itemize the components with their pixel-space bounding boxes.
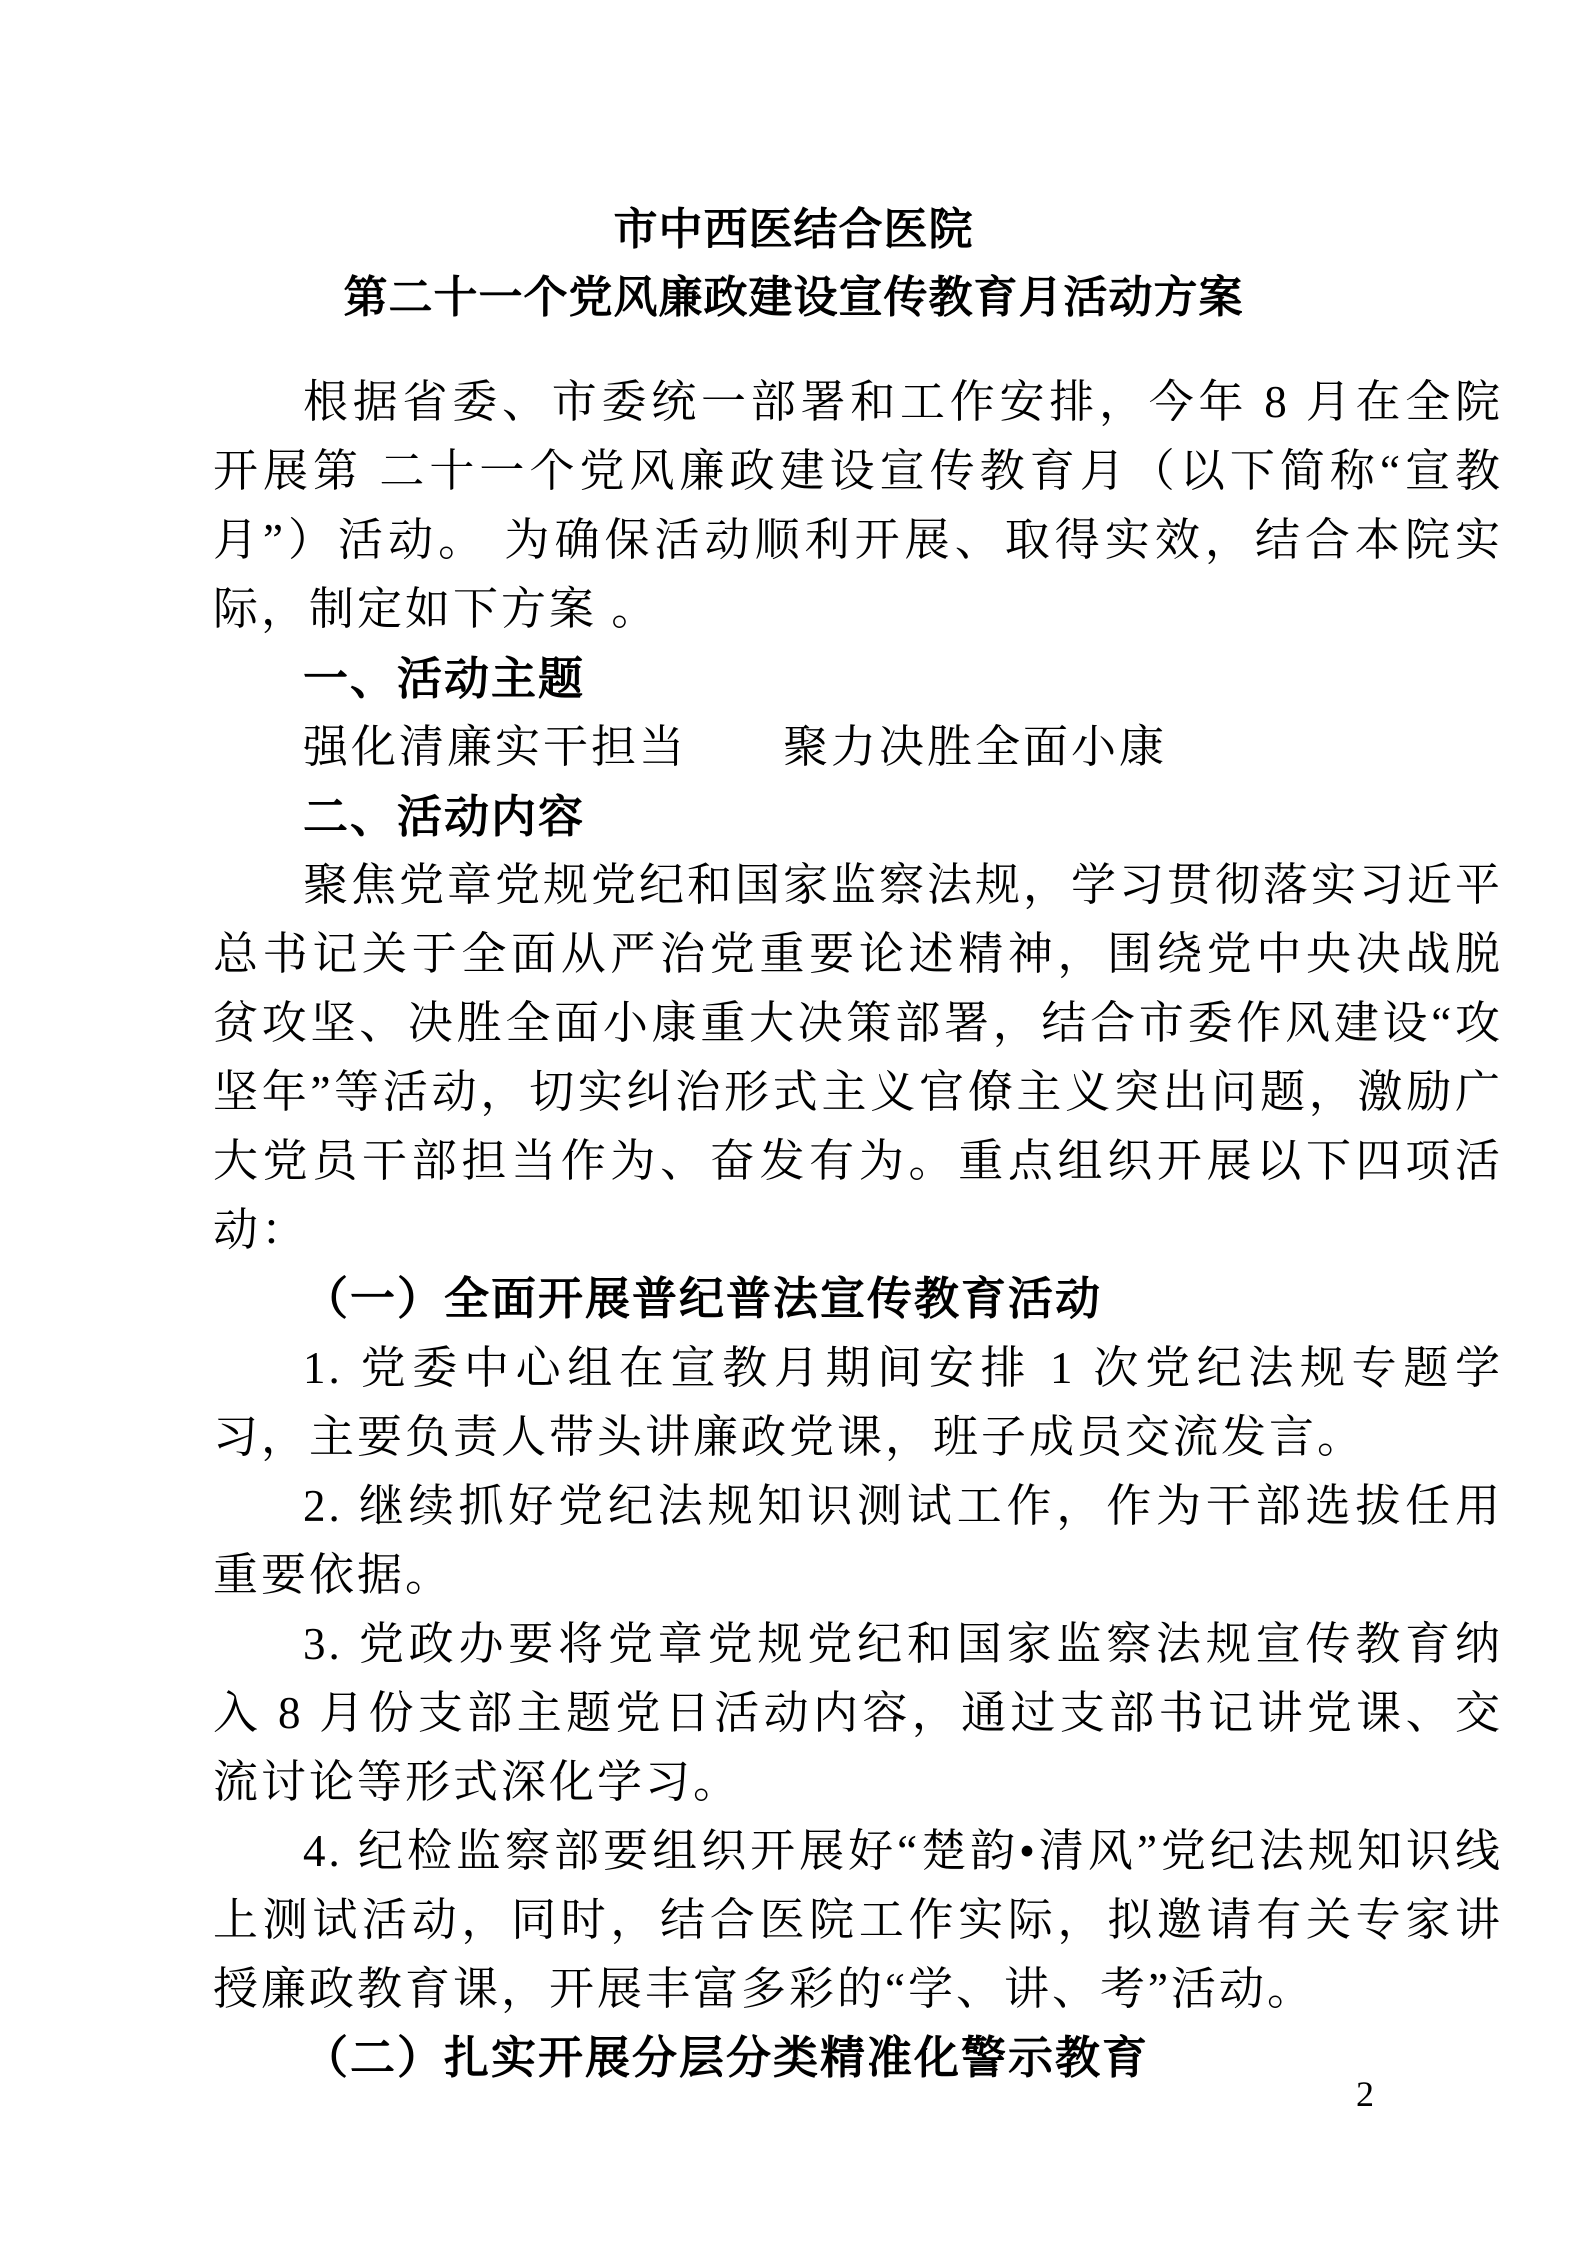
section-heading-activity-content: 二、活动内容 <box>213 782 1503 851</box>
paragraph-item-1-point-3: 3. 党政办要将党章党规党纪和国家监察法规宣传教育纳入 8 月份支部主题党日活动… <box>213 1610 1503 1817</box>
paragraph-content-overview: 聚焦党章党规党纪和国家监察法规，学习贯彻落实习近平总书记关于全面从严治党重要论述… <box>213 851 1503 1265</box>
sub-heading-item-1: （一）全面开展普纪普法宣传教育活动 <box>213 1265 1503 1334</box>
paragraph-item-1-point-1: 1. 党委中心组在宣教月期间安排 1 次党纪法规专题学习，主要负责人带头讲廉政党… <box>213 1334 1503 1472</box>
document-title-line2: 第二十一个党风廉政建设宣传教育月活动方案 <box>0 264 1587 332</box>
paragraph-theme-slogan: 强化清廉实干担当 聚力决胜全面小康 <box>213 713 1503 782</box>
paragraph-item-1-point-2: 2. 继续抓好党纪法规知识测试工作，作为干部选拔任用重要依据。 <box>213 1472 1503 1610</box>
document-body: 根据省委、市委统一部署和工作安排，今年 8 月在全院开展第 二十一个党风廉政建设… <box>213 368 1503 2093</box>
section-heading-activity-theme: 一、活动主题 <box>213 644 1503 713</box>
sub-heading-item-2: （二）扎实开展分层分类精准化警示教育 <box>213 2024 1503 2093</box>
document-title-line1: 市中西医结合医院 <box>0 196 1587 264</box>
document-title-block: 市中西医结合医院 第二十一个党风廉政建设宣传教育月活动方案 <box>0 196 1587 332</box>
document-page: 市中西医结合医院 第二十一个党风廉政建设宣传教育月活动方案 根据省委、市委统一部… <box>0 0 1587 2245</box>
paragraph-intro: 根据省委、市委统一部署和工作安排，今年 8 月在全院开展第 二十一个党风廉政建设… <box>213 368 1503 644</box>
paragraph-item-1-point-4: 4. 纪检监察部要组织开展好“楚韵•清风”党纪法规知识线上测试活动，同时，结合医… <box>213 1817 1503 2024</box>
page-number: 2 <box>1356 2074 1374 2114</box>
